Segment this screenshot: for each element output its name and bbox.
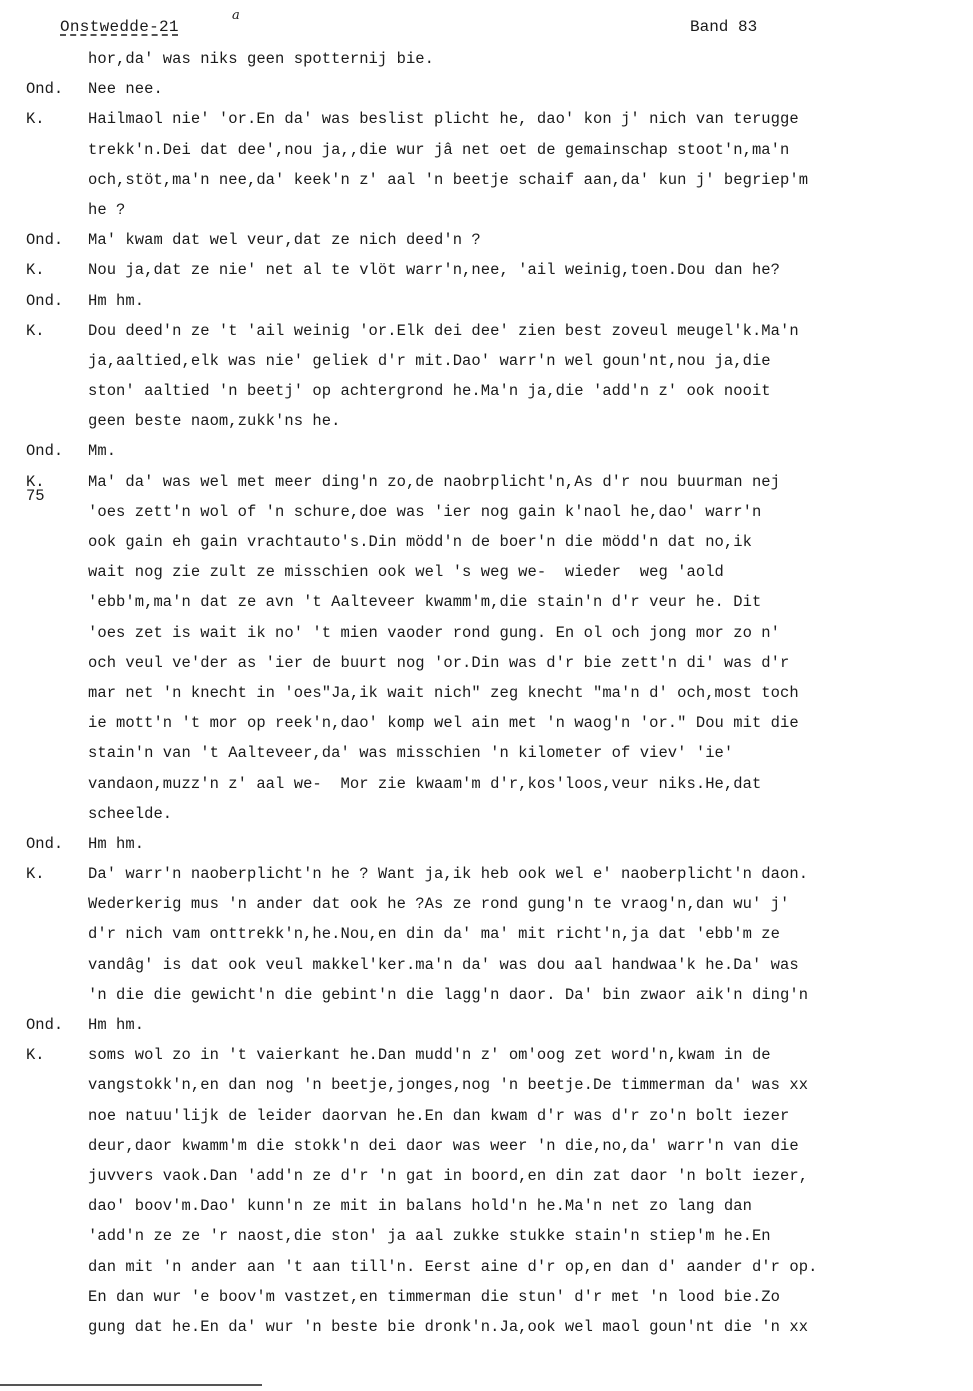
transcript-line: trekk'n.Dei dat dee',nou ja,,die wur jâ … xyxy=(0,139,973,169)
line-text: deur,daor kwamm'm die stokk'n dei daor w… xyxy=(88,1137,799,1155)
line-text: Hailmaol nie' 'or.En da' was beslist pli… xyxy=(88,110,799,128)
transcript-line: deur,daor kwamm'm die stokk'n dei daor w… xyxy=(0,1135,973,1165)
transcript-line: vandaon,muzz'n z' aal we- Mor zie kwaam'… xyxy=(0,773,973,803)
transcript-line: d'r nich vam onttrekk'n,he.Nou,en din da… xyxy=(0,923,973,953)
line-text: hor,da' was niks geen spotternij bie. xyxy=(88,50,434,68)
transcript-line: hor,da' was niks geen spotternij bie. xyxy=(0,48,973,78)
line-text: dan mit 'n ander aan 't aan till'n. Eers… xyxy=(88,1258,817,1276)
line-text: Ma' da' was wel met meer ding'n zo,de na… xyxy=(88,473,780,491)
line-text: och,stöt,ma'n nee,da' keek'n z' aal 'n b… xyxy=(88,171,808,189)
speaker-label: Ond. xyxy=(26,835,86,853)
page-header: Onstwedde-21 a Band 83 xyxy=(0,18,973,46)
line-text: Hm hm. xyxy=(88,1016,144,1034)
speaker-label: K. xyxy=(26,110,86,128)
transcript-line: En dan wur 'e boov'm vastzet,en timmerma… xyxy=(0,1286,973,1316)
transcript-line: ja,aaltied,elk was nie' geliek d'r mit.D… xyxy=(0,350,973,380)
speaker-label: K. xyxy=(26,322,86,340)
line-text: 'ebb'm,ma'n dat ze avn 't Aalteveer kwam… xyxy=(88,593,761,611)
transcript-line: K.soms wol zo in 't vaierkant he.Dan mud… xyxy=(0,1044,973,1074)
transcript-line: vangstokk'n,en dan nog 'n beetje,jonges,… xyxy=(0,1074,973,1104)
transcript-line: gung dat he.En da' wur 'n beste bie dron… xyxy=(0,1316,973,1346)
transcript-line: ook gain eh gain vrachtauto's.Din mödd'n… xyxy=(0,531,973,561)
line-text: Nee nee. xyxy=(88,80,163,98)
transcript-line: Ond.Hm hm. xyxy=(0,290,973,320)
transcript-line: K.Da' warr'n naoberplicht'n he ? Want ja… xyxy=(0,863,973,893)
footer-rule xyxy=(0,1384,262,1386)
line-text: dao' boov'm.Dao' kunn'n ze mit in balans… xyxy=(88,1197,752,1215)
line-text: ja,aaltied,elk was nie' geliek d'r mit.D… xyxy=(88,352,771,370)
speaker-label: Ond. xyxy=(26,292,86,310)
transcript-line: ie mott'n 't mor op reek'n,dao' komp wel… xyxy=(0,712,973,742)
transcript-line: och veul ve'der as 'ier de buurt nog 'or… xyxy=(0,652,973,682)
transcript-line: K.Nou ja,dat ze nie' net al te vlöt warr… xyxy=(0,259,973,289)
transcript-line: 'n die die gewicht'n die gebint'n die la… xyxy=(0,984,973,1014)
line-text: Hm hm. xyxy=(88,835,144,853)
transcript-line: wait nog zie zult ze misschien ook wel '… xyxy=(0,561,973,591)
transcript-line: K.Hailmaol nie' 'or.En da' was beslist p… xyxy=(0,108,973,138)
line-text: Dou deed'n ze 't 'ail weinig 'or.Elk dei… xyxy=(88,322,799,340)
handwritten-annotation: a xyxy=(232,8,240,23)
line-text: stain'n van 't Aalteveer,da' was misschi… xyxy=(88,744,733,762)
line-text: vandâg' is dat ook veul makkel'ker.ma'n … xyxy=(88,956,799,974)
line-text: vangstokk'n,en dan nog 'n beetje,jonges,… xyxy=(88,1076,808,1094)
document-id-text: Onstwedde-21 xyxy=(60,18,179,36)
transcript-line: 'ebb'm,ma'n dat ze avn 't Aalteveer kwam… xyxy=(0,591,973,621)
line-text: ston' aaltied 'n beetj' op achtergrond h… xyxy=(88,382,771,400)
transcript-line: Wederkerig mus 'n ander dat ook he ?As z… xyxy=(0,893,973,923)
band-number: Band 83 xyxy=(690,18,757,36)
transcript-line: Ond.Hm hm. xyxy=(0,1014,973,1044)
line-text: he ? xyxy=(88,201,125,219)
transcript-line: 'oes zet is wait ik no' 't mien vaoder r… xyxy=(0,622,973,652)
transcript-line: dao' boov'm.Dao' kunn'n ze mit in balans… xyxy=(0,1195,973,1225)
speaker-label: K. xyxy=(26,1046,86,1064)
transcript-line: Ond.Nee nee. xyxy=(0,78,973,108)
line-text: juvvers vaok.Dan 'add'n ze d'r 'n gat in… xyxy=(88,1167,808,1185)
speaker-label: Ond. xyxy=(26,1016,86,1034)
line-text: Ma' kwam dat wel veur,dat ze nich deed'n… xyxy=(88,231,481,249)
transcript-line: scheelde. xyxy=(0,803,973,833)
line-text: scheelde. xyxy=(88,805,172,823)
line-text: Nou ja,dat ze nie' net al te vlöt warr'n… xyxy=(88,261,780,279)
line-text: gung dat he.En da' wur 'n beste bie dron… xyxy=(88,1318,808,1336)
line-text: 'oes zet is wait ik no' 't mien vaoder r… xyxy=(88,624,780,642)
transcript-line: noe natuu'lijk de leider daorvan he.En d… xyxy=(0,1105,973,1135)
line-text: soms wol zo in 't vaierkant he.Dan mudd'… xyxy=(88,1046,771,1064)
transcript-line: mar net 'n knecht in 'oes"Ja,ik wait nic… xyxy=(0,682,973,712)
transcript-line: Ond.Ma' kwam dat wel veur,dat ze nich de… xyxy=(0,229,973,259)
transcript-body: hor,da' was niks geen spotternij bie.Ond… xyxy=(0,48,973,1346)
transcript-line: vandâg' is dat ook veul makkel'ker.ma'n … xyxy=(0,954,973,984)
transcript-line: ston' aaltied 'n beetj' op achtergrond h… xyxy=(0,380,973,410)
line-text: d'r nich vam onttrekk'n,he.Nou,en din da… xyxy=(88,925,780,943)
transcript-line: stain'n van 't Aalteveer,da' was misschi… xyxy=(0,742,973,772)
speaker-label: Ond. xyxy=(26,231,86,249)
line-text: och veul ve'der as 'ier de buurt nog 'or… xyxy=(88,654,789,672)
speaker-label: Ond. xyxy=(26,442,86,460)
line-text: mar net 'n knecht in 'oes"Ja,ik wait nic… xyxy=(88,684,799,702)
line-text: Wederkerig mus 'n ander dat ook he ?As z… xyxy=(88,895,789,913)
line-text: vandaon,muzz'n z' aal we- Mor zie kwaam'… xyxy=(88,775,761,793)
speaker-label: K. xyxy=(26,865,86,883)
line-text: En dan wur 'e boov'm vastzet,en timmerma… xyxy=(88,1288,780,1306)
transcript-page: Onstwedde-21 a Band 83 hor,da' was niks … xyxy=(0,0,973,1391)
transcript-line: och,stöt,ma'n nee,da' keek'n z' aal 'n b… xyxy=(0,169,973,199)
transcript-line: Ond.Mm. xyxy=(0,440,973,470)
transcript-line: 'add'n ze ze 'r naost,die ston' ja aal z… xyxy=(0,1225,973,1255)
line-text: wait nog zie zult ze misschien ook wel '… xyxy=(88,563,724,581)
line-text: geen beste naom,zukk'ns he. xyxy=(88,412,341,430)
transcript-line: juvvers vaok.Dan 'add'n ze d'r 'n gat in… xyxy=(0,1165,973,1195)
speaker-label: Ond. xyxy=(26,80,86,98)
line-text: Hm hm. xyxy=(88,292,144,310)
transcript-line: 'oes zett'n wol of 'n schure,doe was 'ie… xyxy=(0,501,973,531)
transcript-line: K.Ma' da' was wel met meer ding'n zo,de … xyxy=(0,471,973,501)
line-text: noe natuu'lijk de leider daorvan he.En d… xyxy=(88,1107,789,1125)
transcript-line: he ? xyxy=(0,199,973,229)
line-text: ook gain eh gain vrachtauto's.Din mödd'n… xyxy=(88,533,752,551)
document-id: Onstwedde-21 a xyxy=(60,18,179,36)
speaker-label: K. xyxy=(26,261,86,279)
transcript-line: K.Dou deed'n ze 't 'ail weinig 'or.Elk d… xyxy=(0,320,973,350)
transcript-line: Ond.Hm hm. xyxy=(0,833,973,863)
line-text: trekk'n.Dei dat dee',nou ja,,die wur jâ … xyxy=(88,141,789,159)
line-text: Da' warr'n naoberplicht'n he ? Want ja,i… xyxy=(88,865,808,883)
line-text: ie mott'n 't mor op reek'n,dao' komp wel… xyxy=(88,714,799,732)
line-text: 'n die die gewicht'n die gebint'n die la… xyxy=(88,986,808,1004)
line-text: 'oes zett'n wol of 'n schure,doe was 'ie… xyxy=(88,503,761,521)
line-text: Mm. xyxy=(88,442,116,460)
line-text: 'add'n ze ze 'r naost,die ston' ja aal z… xyxy=(88,1227,771,1245)
transcript-line: dan mit 'n ander aan 't aan till'n. Eers… xyxy=(0,1256,973,1286)
transcript-line: geen beste naom,zukk'ns he. xyxy=(0,410,973,440)
